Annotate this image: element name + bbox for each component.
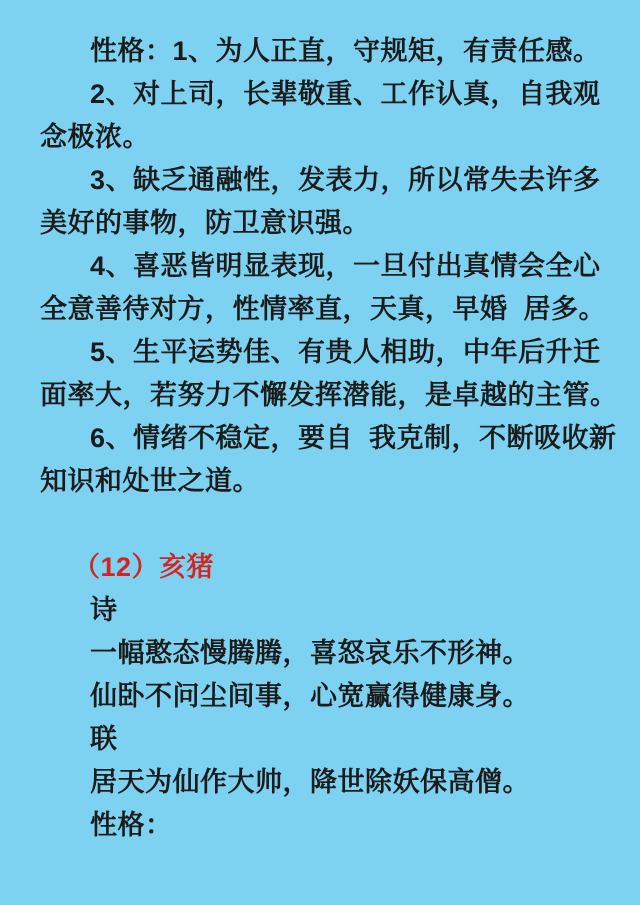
personality-line-continuation: 知识和处世之道。 <box>40 460 600 503</box>
personality-line: 4、喜恶皆明显表现，一旦付出真情会全心 <box>40 245 600 288</box>
pig-section-heading: （12）亥猪 <box>40 546 600 589</box>
couplet-line: 居天为仙作大帅，降世除妖保高僧。 <box>40 761 600 804</box>
poem-line: 一幅憨态慢腾腾，喜怒哀乐不形神。 <box>40 632 600 675</box>
personality-line-continuation: 全意善待对方，性情率直，天真，早婚 居多。 <box>40 288 600 331</box>
poem-line: 仙卧不问尘间事，心宽赢得健康身。 <box>40 675 600 718</box>
couplet-label: 联 <box>40 718 600 761</box>
personality-line: 3、缺乏通融性，发表力，所以常失去许多 <box>40 159 600 202</box>
blank-line <box>40 503 600 546</box>
personality-line: 6、情绪不稳定，要自 我克制，不断吸收新 <box>40 417 600 460</box>
personality-line-continuation: 美好的事物，防卫意识强。 <box>40 202 600 245</box>
personality-line-continuation: 面率大，若努力不懈发挥潜能，是卓越的主管。 <box>40 374 600 417</box>
personality-line: 2、对上司，长辈敬重、工作认真，自我观 <box>40 73 600 116</box>
zodiac-document-page: 性格：1、为人正直，守规矩，有责任感。 2、对上司，长辈敬重、工作认真，自我观 … <box>0 0 640 905</box>
personality-line: 性格：1、为人正直，守规矩，有责任感。 <box>40 30 600 73</box>
personality-label: 性格： <box>40 804 600 847</box>
personality-line-continuation: 念极浓。 <box>40 116 600 159</box>
poem-label: 诗 <box>40 589 600 632</box>
personality-line: 5、生平运势佳、有贵人相助，中年后升迁 <box>40 331 600 374</box>
document-body: 性格：1、为人正直，守规矩，有责任感。 2、对上司，长辈敬重、工作认真，自我观 … <box>0 0 640 847</box>
